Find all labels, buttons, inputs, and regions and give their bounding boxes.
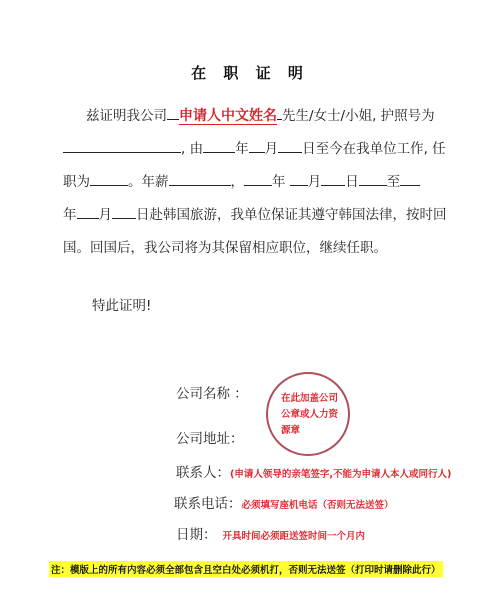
text: 先生/女士/小姐, 护照号为 <box>282 108 435 124</box>
year-blank <box>203 140 235 153</box>
day-blank <box>321 173 345 186</box>
text: 职为 <box>63 174 90 190</box>
text: ， <box>231 174 245 190</box>
document-title: 在 职 证 明 <box>0 62 500 83</box>
closing-text: 特此证明! <box>92 294 151 314</box>
blank <box>359 173 387 186</box>
contact-row: 联系人：(申请人领导的亲笔签字,不能为申请人本人或同行人) <box>176 461 451 481</box>
applicant-name-placeholder: 申请人中文姓名 <box>179 108 277 125</box>
text: , 由 <box>181 141 203 157</box>
seal-placeholder: 在此加盖公司公章或人力资源章 <box>266 372 350 456</box>
text: 日赴韩国旅游，我单位保证其遵守韩国法律，按时回 <box>136 207 447 223</box>
phone-label: 联系电话： <box>174 496 242 512</box>
text: 月 <box>308 174 322 190</box>
text: 。年薪 <box>128 174 169 190</box>
month-blank <box>77 206 99 219</box>
phone-hint: 必须填写座机电话（否则无法送签） <box>242 500 394 511</box>
date-label: 日期： <box>176 527 217 543</box>
body-line-2: , 由年月日至今在我单位工作, 任 <box>63 137 446 157</box>
text: 日至今在我单位工作, 任 <box>302 141 446 157</box>
blank <box>400 173 420 186</box>
contact-hint: (申请人领导的亲笔签字,不能为申请人本人或同行人) <box>230 469 451 480</box>
seal-text: 在此加盖公司公章或人力资源章 <box>281 391 341 439</box>
position-blank <box>90 173 128 186</box>
text: 年 <box>235 141 249 157</box>
day-blank <box>112 206 136 219</box>
body-line-1: 兹证明我公司申请人中文姓名先生/女士/小姐, 护照号为 <box>86 104 435 125</box>
text: 月 <box>99 207 113 223</box>
body-line-3: 职为。年薪，年 月日至 <box>63 170 420 190</box>
text: 日 <box>345 174 359 190</box>
passport-blank <box>63 140 181 153</box>
date-row: 日期：开具时间必须距送签时间一个月内 <box>176 523 365 543</box>
date-hint: 开具时间必须距送签时间一个月内 <box>223 531 366 542</box>
text: 年 <box>272 174 286 190</box>
year-blank <box>244 173 272 186</box>
month-blank <box>290 173 308 186</box>
template-note: 注：模版上的所有内容必须全部包含且空白处必须机打，否则无法送签（打印时请删除此行… <box>49 561 443 577</box>
text: 至 <box>387 174 401 190</box>
text: 年 <box>63 207 77 223</box>
company-name-label: 公司名称 ： <box>176 382 248 402</box>
salary-blank <box>169 173 231 186</box>
body-line-4: 年月日赴韩国旅游，我单位保证其遵守韩国法律，按时回 <box>63 203 447 223</box>
phone-row: 联系电话：必须填写座机电话（否则无法送签） <box>174 492 394 512</box>
text: 月 <box>265 141 279 157</box>
blank <box>167 107 179 120</box>
body-line-5: 国。回国后，我公司将为其保留相应职位，继续任职。 <box>63 236 387 256</box>
day-blank <box>278 140 302 153</box>
contact-label: 联系人： <box>176 465 230 481</box>
company-address-label: 公司地址： <box>176 427 244 447</box>
text: 兹证明我公司 <box>86 108 167 124</box>
month-blank <box>249 140 265 153</box>
